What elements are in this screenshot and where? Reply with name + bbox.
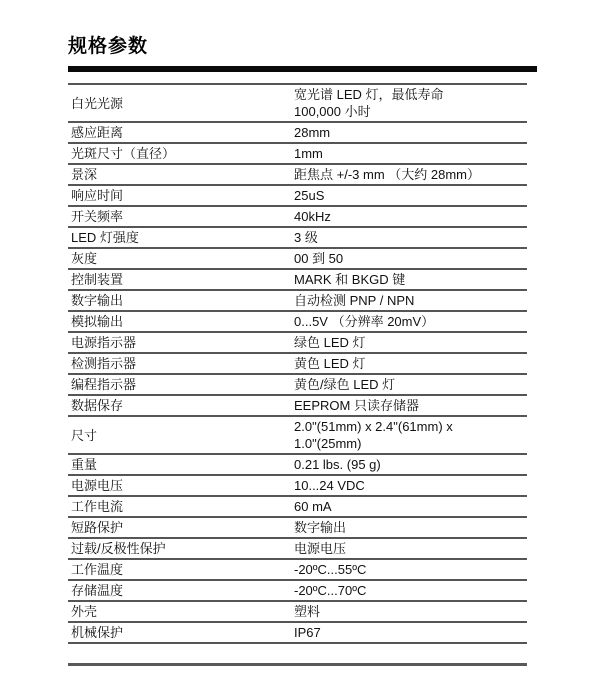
table-row: 过载/反极性保护电源电压 — [68, 538, 527, 559]
spec-label: 模拟输出 — [68, 311, 291, 332]
title-divider — [68, 66, 537, 72]
spec-value: 电源电压 — [291, 538, 527, 559]
spec-table-body: 白光光源宽光谱 LED 灯，最低寿命 100,000 小时感应距离28mm光斑尺… — [68, 84, 527, 643]
spec-value: 25uS — [291, 185, 527, 206]
spec-value: 距焦点 +/-3 mm （大约 28mm） — [291, 164, 527, 185]
spec-value: 1mm — [291, 143, 527, 164]
spec-table: 白光光源宽光谱 LED 灯，最低寿命 100,000 小时感应距离28mm光斑尺… — [68, 83, 527, 644]
table-row: 模拟输出0...5V （分辨率 20mV） — [68, 311, 527, 332]
spec-label: 过载/反极性保护 — [68, 538, 291, 559]
bottom-divider — [68, 663, 527, 666]
spec-value: 2.0"(51mm) x 2.4"(61mm) x 1.0"(25mm) — [291, 416, 527, 454]
table-row: 光斑尺寸（直径）1mm — [68, 143, 527, 164]
table-row: 控制装置MARK 和 BKGD 键 — [68, 269, 527, 290]
table-row: 外壳塑料 — [68, 601, 527, 622]
spec-label: 开关频率 — [68, 206, 291, 227]
spec-sheet-page: 规格参数 白光光源宽光谱 LED 灯，最低寿命 100,000 小时感应距离28… — [0, 0, 593, 690]
table-row: 检测指示器黄色 LED 灯 — [68, 353, 527, 374]
table-row: 电源指示器绿色 LED 灯 — [68, 332, 527, 353]
spec-label: 短路保护 — [68, 517, 291, 538]
spec-value: 数字输出 — [291, 517, 527, 538]
spec-value: 塑料 — [291, 601, 527, 622]
spec-label: 机械保护 — [68, 622, 291, 643]
table-row: 编程指示器黄色/绿色 LED 灯 — [68, 374, 527, 395]
spec-value: 黄色/绿色 LED 灯 — [291, 374, 527, 395]
table-row: LED 灯强度3 级 — [68, 227, 527, 248]
spec-value: 0.21 lbs. (95 g) — [291, 454, 527, 475]
spec-label: 光斑尺寸（直径） — [68, 143, 291, 164]
spec-value: 10...24 VDC — [291, 475, 527, 496]
page-content: 规格参数 白光光源宽光谱 LED 灯，最低寿命 100,000 小时感应距离28… — [68, 0, 537, 666]
table-row: 短路保护数字输出 — [68, 517, 527, 538]
table-row: 工作温度-20ºC...55ºC — [68, 559, 527, 580]
spec-value: IP67 — [291, 622, 527, 643]
table-row: 数据保存EEPROM 只读存储器 — [68, 395, 527, 416]
spec-label: 尺寸 — [68, 416, 291, 454]
table-row: 响应时间25uS — [68, 185, 527, 206]
spec-label: 工作电流 — [68, 496, 291, 517]
spec-label: 感应距离 — [68, 122, 291, 143]
spec-label: 编程指示器 — [68, 374, 291, 395]
spec-label: 数字输出 — [68, 290, 291, 311]
spec-label: LED 灯强度 — [68, 227, 291, 248]
spec-value: 60 mA — [291, 496, 527, 517]
spec-label: 重量 — [68, 454, 291, 475]
spec-value: EEPROM 只读存储器 — [291, 395, 527, 416]
spec-label: 外壳 — [68, 601, 291, 622]
spec-label: 电源指示器 — [68, 332, 291, 353]
table-row: 尺寸2.0"(51mm) x 2.4"(61mm) x 1.0"(25mm) — [68, 416, 527, 454]
spec-value: 绿色 LED 灯 — [291, 332, 527, 353]
table-row: 感应距离28mm — [68, 122, 527, 143]
spec-label: 工作温度 — [68, 559, 291, 580]
spec-label: 响应时间 — [68, 185, 291, 206]
table-row: 灰度00 到 50 — [68, 248, 527, 269]
spec-value: MARK 和 BKGD 键 — [291, 269, 527, 290]
table-row: 景深距焦点 +/-3 mm （大约 28mm） — [68, 164, 527, 185]
spec-value: -20ºC...55ºC — [291, 559, 527, 580]
spec-label: 电源电压 — [68, 475, 291, 496]
table-row: 机械保护IP67 — [68, 622, 527, 643]
spec-value: 40kHz — [291, 206, 527, 227]
table-row: 开关频率40kHz — [68, 206, 527, 227]
spec-label: 存储温度 — [68, 580, 291, 601]
table-row: 数字输出自动检测 PNP / NPN — [68, 290, 527, 311]
spec-label: 数据保存 — [68, 395, 291, 416]
spec-value: 宽光谱 LED 灯，最低寿命 100,000 小时 — [291, 84, 527, 122]
spec-value: 00 到 50 — [291, 248, 527, 269]
spec-label: 控制装置 — [68, 269, 291, 290]
spec-value: 黄色 LED 灯 — [291, 353, 527, 374]
table-row: 白光光源宽光谱 LED 灯，最低寿命 100,000 小时 — [68, 84, 527, 122]
table-row: 电源电压10...24 VDC — [68, 475, 527, 496]
spec-value: 自动检测 PNP / NPN — [291, 290, 527, 311]
spec-value: 28mm — [291, 122, 527, 143]
spec-value: -20ºC...70ºC — [291, 580, 527, 601]
table-row: 重量0.21 lbs. (95 g) — [68, 454, 527, 475]
spec-label: 景深 — [68, 164, 291, 185]
spec-label: 白光光源 — [68, 84, 291, 122]
spec-label: 检测指示器 — [68, 353, 291, 374]
spec-label: 灰度 — [68, 248, 291, 269]
spec-value: 3 级 — [291, 227, 527, 248]
table-row: 工作电流60 mA — [68, 496, 527, 517]
table-row: 存储温度-20ºC...70ºC — [68, 580, 527, 601]
page-title: 规格参数 — [68, 36, 537, 58]
spec-value: 0...5V （分辨率 20mV） — [291, 311, 527, 332]
